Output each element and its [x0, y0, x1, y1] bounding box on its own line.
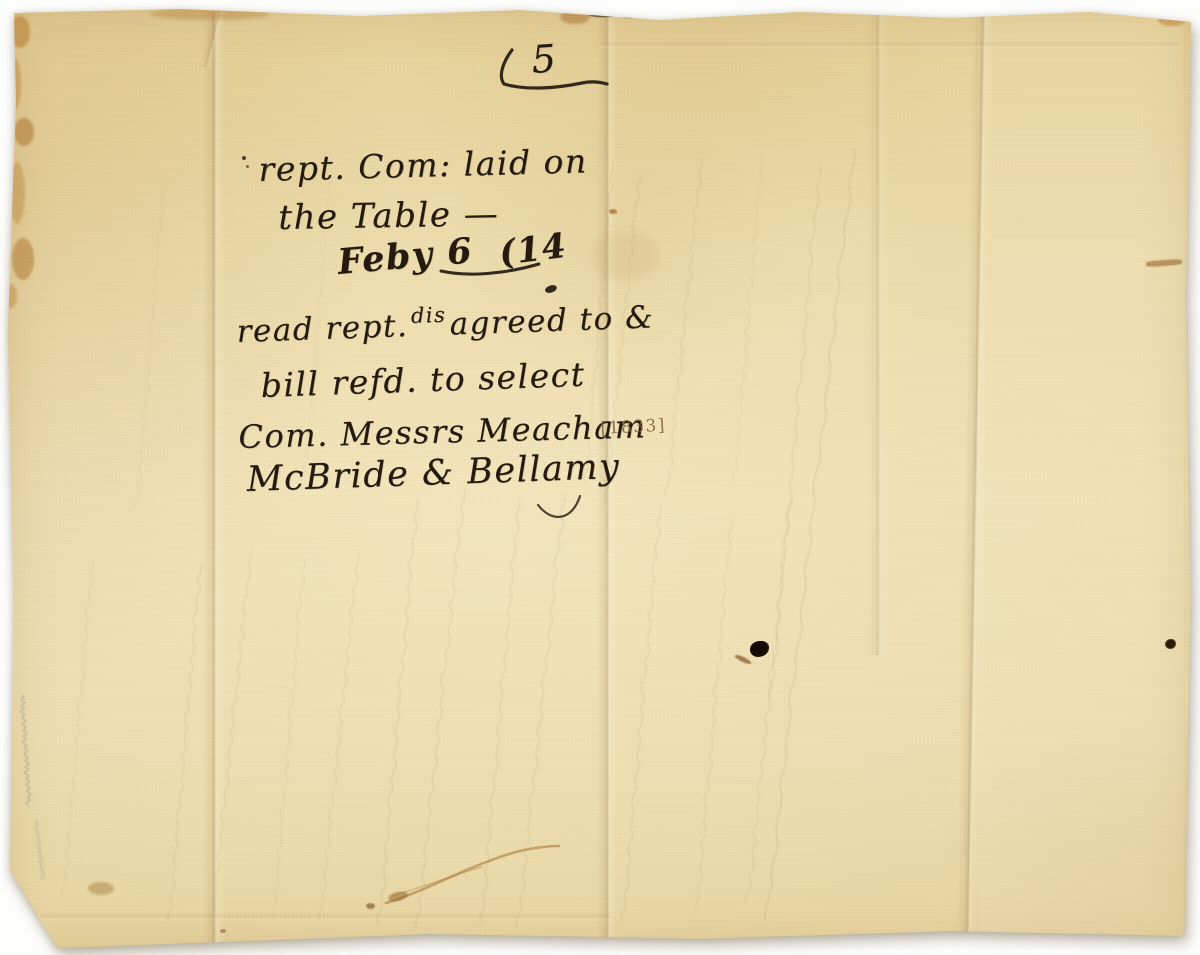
ink-blot — [750, 641, 769, 657]
ghost-column — [161, 565, 209, 920]
docket-line-7: McBride & Bellamy — [246, 447, 621, 500]
ink-speck — [242, 156, 246, 160]
fold-crease — [956, 12, 994, 943]
docket-line-4: read rept.disagreed to & — [236, 299, 655, 350]
ink-speck — [246, 165, 249, 168]
ghost-column — [688, 520, 740, 914]
edge-stamp-ghost — [35, 820, 45, 879]
foxing-spot — [12, 238, 34, 280]
year-annotation: [1833] — [600, 416, 666, 439]
bottom-smear-blotch — [387, 890, 409, 904]
smudge — [590, 232, 660, 280]
top-ink-mark — [588, 10, 618, 17]
top-edge-stain — [560, 10, 590, 24]
ghost-column — [758, 150, 863, 920]
ghost-column — [739, 500, 799, 903]
signature-swash — [538, 496, 580, 517]
fold-crease — [203, 12, 225, 943]
ghost-column — [128, 190, 172, 507]
bottom-stain — [88, 882, 114, 895]
paper-shadow: 5 rept. Com: laid on the Table — Feby 6 … — [0, 0, 1200, 955]
top-ink-mark — [622, 13, 636, 18]
foxing-spot — [14, 118, 34, 146]
crease-horizontal — [600, 40, 1180, 50]
scanned-document: 5 rept. Com: laid on the Table — Feby 6 … — [0, 0, 1200, 955]
ghost-column — [658, 160, 709, 494]
ink-period-dot — [544, 284, 558, 295]
ghost-column — [55, 560, 100, 894]
edge-scratch — [1146, 259, 1182, 267]
foxing-spot — [9, 162, 25, 224]
manuscript-page: 5 rept. Com: laid on the Table — Feby 6 … — [0, 0, 1200, 955]
docket-line-4-end: agreed to & — [449, 299, 655, 342]
docket-line-4-start: read rept. — [236, 308, 409, 350]
bottom-smear-streak — [392, 867, 482, 896]
foxing-spot — [10, 16, 30, 48]
fold-crease — [867, 12, 889, 655]
docket-line-5: bill refd. to select — [260, 355, 586, 405]
ink-blot-tail — [734, 653, 752, 665]
ghost-column — [473, 500, 528, 923]
edge-spot — [1165, 639, 1176, 649]
page-number: 5 — [530, 36, 559, 82]
ghost-column — [510, 495, 573, 927]
ghost-column — [763, 165, 829, 698]
ghost-column — [615, 505, 669, 922]
tone-band — [978, 14, 1183, 939]
bottom-smear-streak — [386, 846, 559, 903]
docket-number: (14 — [497, 226, 569, 274]
foxing-spot — [5, 284, 17, 308]
docket-date: Feby 6 — [336, 230, 475, 283]
ghost-column — [265, 560, 313, 915]
edge-stamp-ghost — [21, 695, 31, 805]
ghost-column — [409, 490, 473, 928]
ghost-column — [203, 548, 259, 924]
bottom-speck — [220, 929, 226, 933]
ghost-column — [371, 500, 426, 923]
crease-diagonal — [199, 7, 227, 69]
docket-line-1: rept. Com: laid on — [258, 141, 588, 189]
edge-stain — [150, 8, 270, 20]
edge-stain — [1158, 14, 1186, 26]
ghost-column — [312, 555, 367, 919]
bottom-speck — [366, 903, 375, 909]
docket-line-4-insertion: dis — [410, 303, 446, 328]
rust-fleck — [609, 209, 617, 214]
crease-horizontal — [40, 912, 610, 922]
foxing-spot — [7, 58, 21, 110]
ghost-column — [726, 155, 771, 481]
